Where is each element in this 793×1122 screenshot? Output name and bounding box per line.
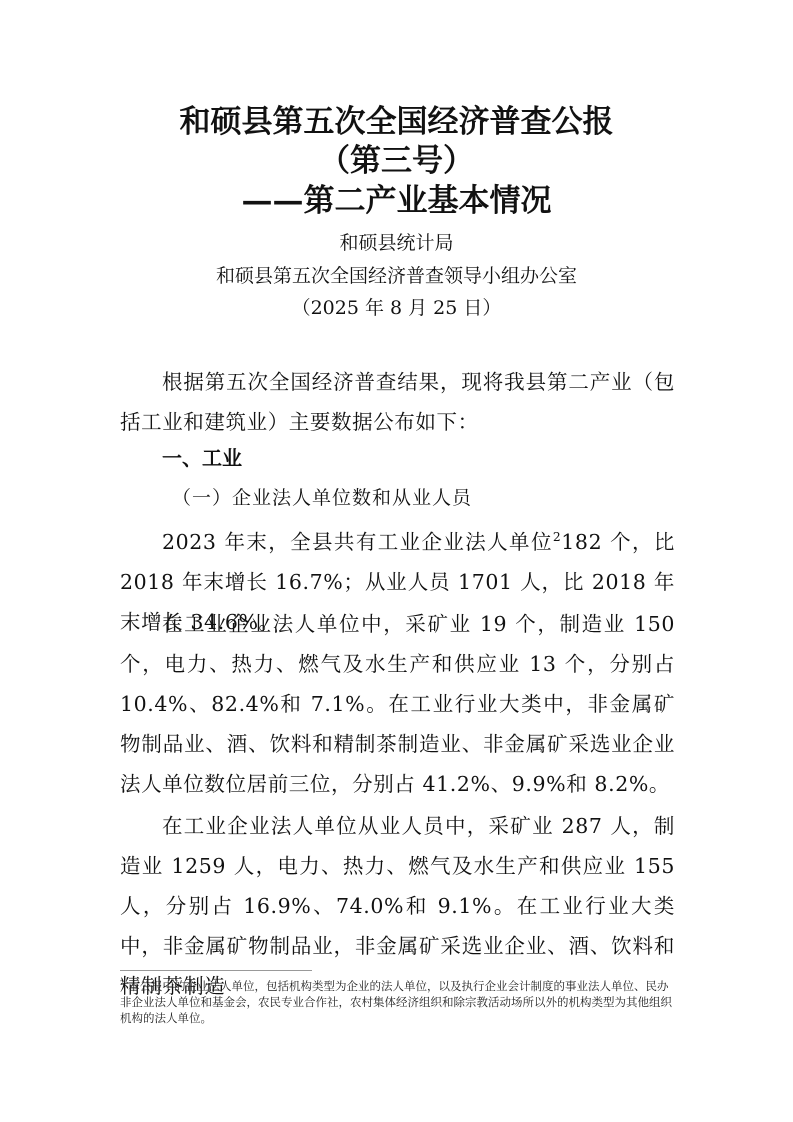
footnote: 2 本公报中的企业法人单位，包括机构类型为企业的法人单位，以及执行企业会计制度的… bbox=[120, 978, 680, 1026]
intro-paragraph: 根据第五次全国经济普查结果，现将我县第二产业（包括工业和建筑业）主要数据公布如下… bbox=[120, 362, 675, 442]
paragraph-employee-distribution: 在工业企业法人单位从业人员中，采矿业 287 人，制造业 1259 人，电力、热… bbox=[120, 806, 675, 1006]
issuer-statistics-bureau: 和硕县统计局 bbox=[0, 228, 793, 258]
footnote-divider bbox=[120, 970, 312, 971]
paragraph-unit-distribution: 在工业企业法人单位中，采矿业 19 个，制造业 150 个，电力、热力、燃气及水… bbox=[120, 604, 675, 804]
title-subject: ——第二产业基本情况 bbox=[0, 181, 793, 221]
document-page: 和硕县第五次全国经济普查公报 （第三号） ——第二产业基本情况 和硕县统计局 和… bbox=[0, 0, 793, 1122]
footnote-text: 本公报中的企业法人单位，包括机构类型为企业的法人单位，以及执行企业会计制度的事业… bbox=[120, 979, 672, 1025]
publish-date: （2025 年 8 月 25 日） bbox=[0, 293, 793, 323]
title-main: 和硕县第五次全国经济普查公报 bbox=[0, 102, 793, 142]
issuer-census-office: 和硕县第五次全国经济普查领导小组办公室 bbox=[0, 261, 793, 291]
subsection-heading-units-employees: （一）企业法人单位数和从业人员 bbox=[172, 483, 472, 513]
paragraph-unit-count-text-a: 2023 年末，全县共有工业企业法人单位 bbox=[162, 530, 553, 554]
section-heading-industry: 一、工业 bbox=[162, 443, 242, 473]
title-number: （第三号） bbox=[0, 141, 793, 181]
